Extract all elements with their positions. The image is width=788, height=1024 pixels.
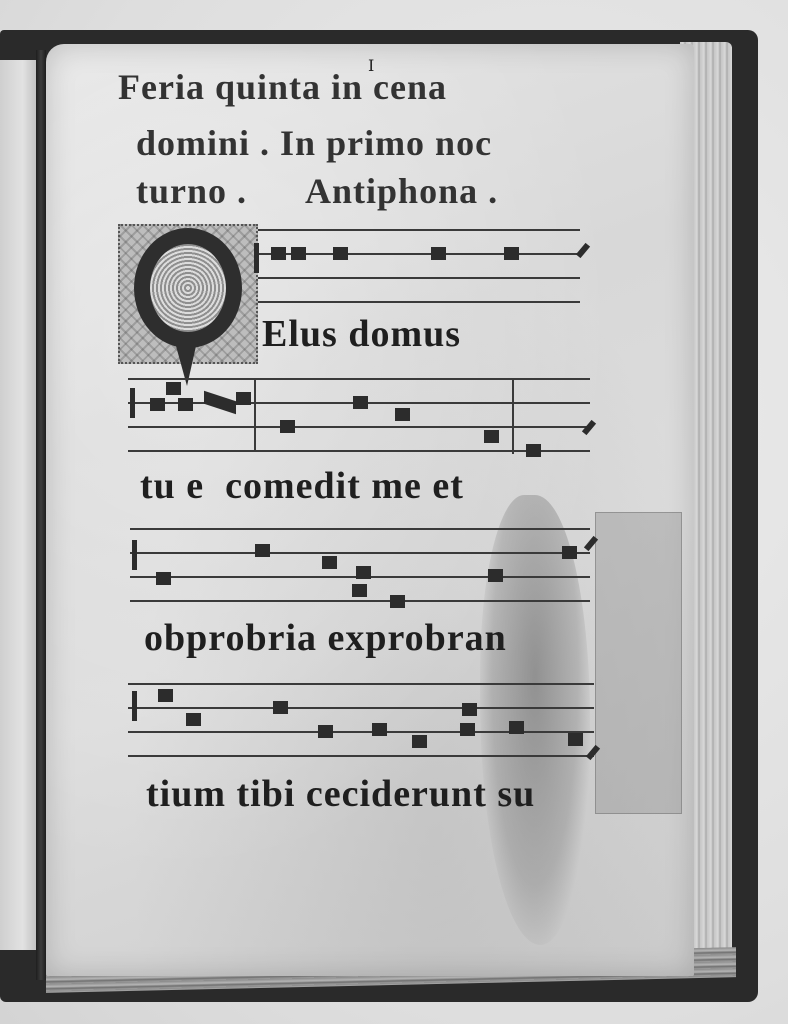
rubric-line-1: Feria quinta in cena <box>118 66 447 108</box>
lyric-line-3: obprobria exprobran <box>144 616 507 660</box>
c-clef <box>130 388 135 418</box>
music-staff-1 <box>258 229 580 303</box>
rubric-line-2: domini . In primo noc <box>136 122 492 164</box>
book-gutter <box>36 50 46 980</box>
illuminated-initial <box>118 224 258 364</box>
initial-letter-bowl <box>134 228 242 348</box>
c-clef <box>132 540 137 570</box>
c-clef <box>254 243 259 273</box>
c-clef <box>132 691 137 721</box>
rubric-line-3: turno . Antiphona . <box>136 170 498 212</box>
music-staff-4 <box>128 683 594 757</box>
music-staff-2 <box>128 378 590 452</box>
facing-page-left <box>0 60 38 950</box>
lyric-line-1: Elus domus <box>262 312 461 356</box>
pasted-paper-slip <box>595 512 682 814</box>
manuscript-photo: I Feria quinta in cena domini . In primo… <box>0 0 788 1024</box>
lyric-line-4: tium tibi ceciderunt su <box>146 772 535 816</box>
lyric-line-2: tu e comedit me et <box>140 464 464 508</box>
music-staff-3 <box>130 528 590 602</box>
